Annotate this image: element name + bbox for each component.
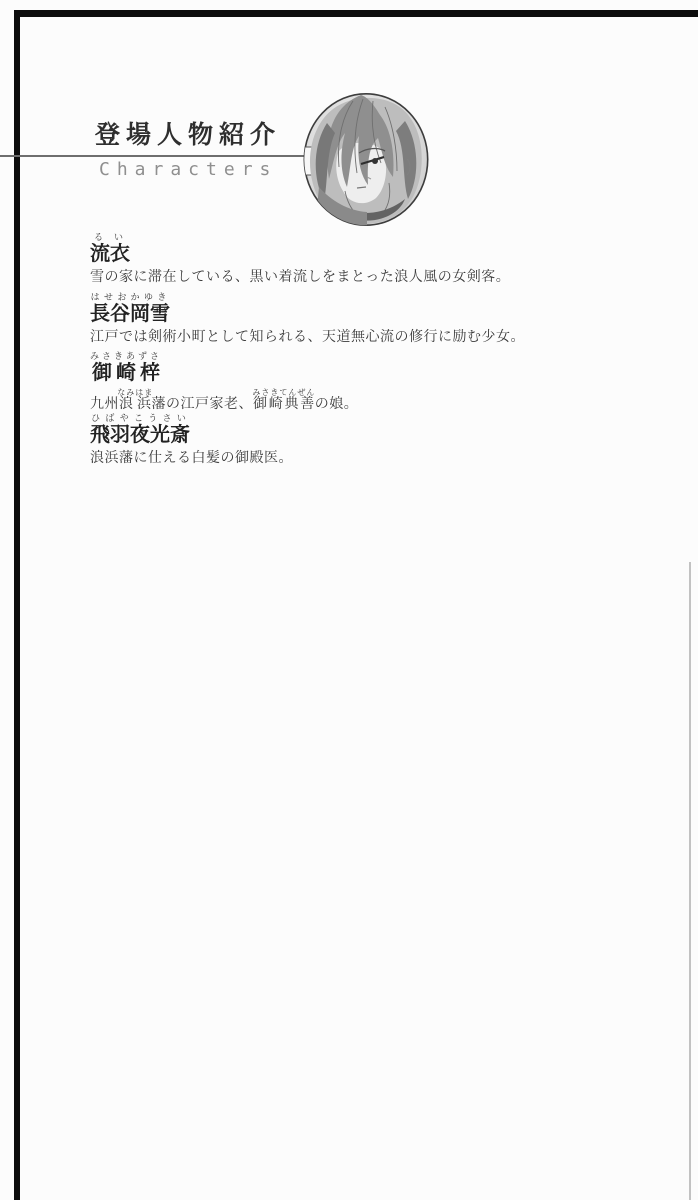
book-page: { "page": { "title": "登場人物紹介", "subtitle…	[0, 0, 698, 1200]
character-description: 九州浪浜なみはま藩の江戸家老、御崎典善みさきてんぜんの娘。	[90, 388, 660, 414]
character-name: 御崎梓みさきあずさ	[90, 352, 660, 384]
character-entry: 飛羽夜光斎ひばやこうさい 浪浜藩に仕える白髪の御殿医。	[90, 414, 660, 468]
character-entry: 御崎梓みさきあずさ 九州浪浜なみはま藩の江戸家老、御崎典善みさきてんぜんの娘。	[90, 352, 660, 414]
character-description: 雪の家に滞在している、黒い着流しをまとった浪人風の女剣客。	[90, 269, 660, 287]
character-name-reading: ひばやこうさい	[90, 414, 190, 424]
character-description: 江戸では剣術小町として知られる、天道無心流の修行に励む少女。	[90, 329, 660, 347]
character-entry: 流衣るい 雪の家に滞在している、黒い着流しをまとった浪人風の女剣客。	[90, 233, 660, 287]
character-name-reading: るい	[90, 233, 130, 243]
scan-edge-left	[14, 10, 20, 1200]
scan-edge-top	[14, 10, 698, 17]
header-rule	[0, 155, 304, 157]
manga-girl-portrait-illustration	[301, 91, 431, 228]
page-title: 登場人物紹介	[95, 121, 281, 150]
character-name-reading: はせおかゆき	[90, 293, 170, 303]
character-list: 流衣るい 雪の家に滞在している、黒い着流しをまとった浪人風の女剣客。 長谷岡雪は…	[90, 229, 660, 473]
character-name: 飛羽夜光斎ひばやこうさい	[90, 414, 660, 446]
character-name-reading: みさきあずさ	[90, 352, 162, 362]
page-subtitle: Characters	[99, 159, 277, 180]
character-entry: 長谷岡雪はせおかゆき 江戸では剣術小町として知られる、天道無心流の修行に励む少女…	[90, 293, 660, 347]
character-portrait	[301, 91, 431, 228]
character-description: 浪浜藩に仕える白髪の御殿医。	[90, 450, 660, 468]
scan-edge-right	[689, 562, 691, 1200]
character-name: 長谷岡雪はせおかゆき	[90, 293, 660, 325]
character-name: 流衣るい	[90, 233, 660, 265]
